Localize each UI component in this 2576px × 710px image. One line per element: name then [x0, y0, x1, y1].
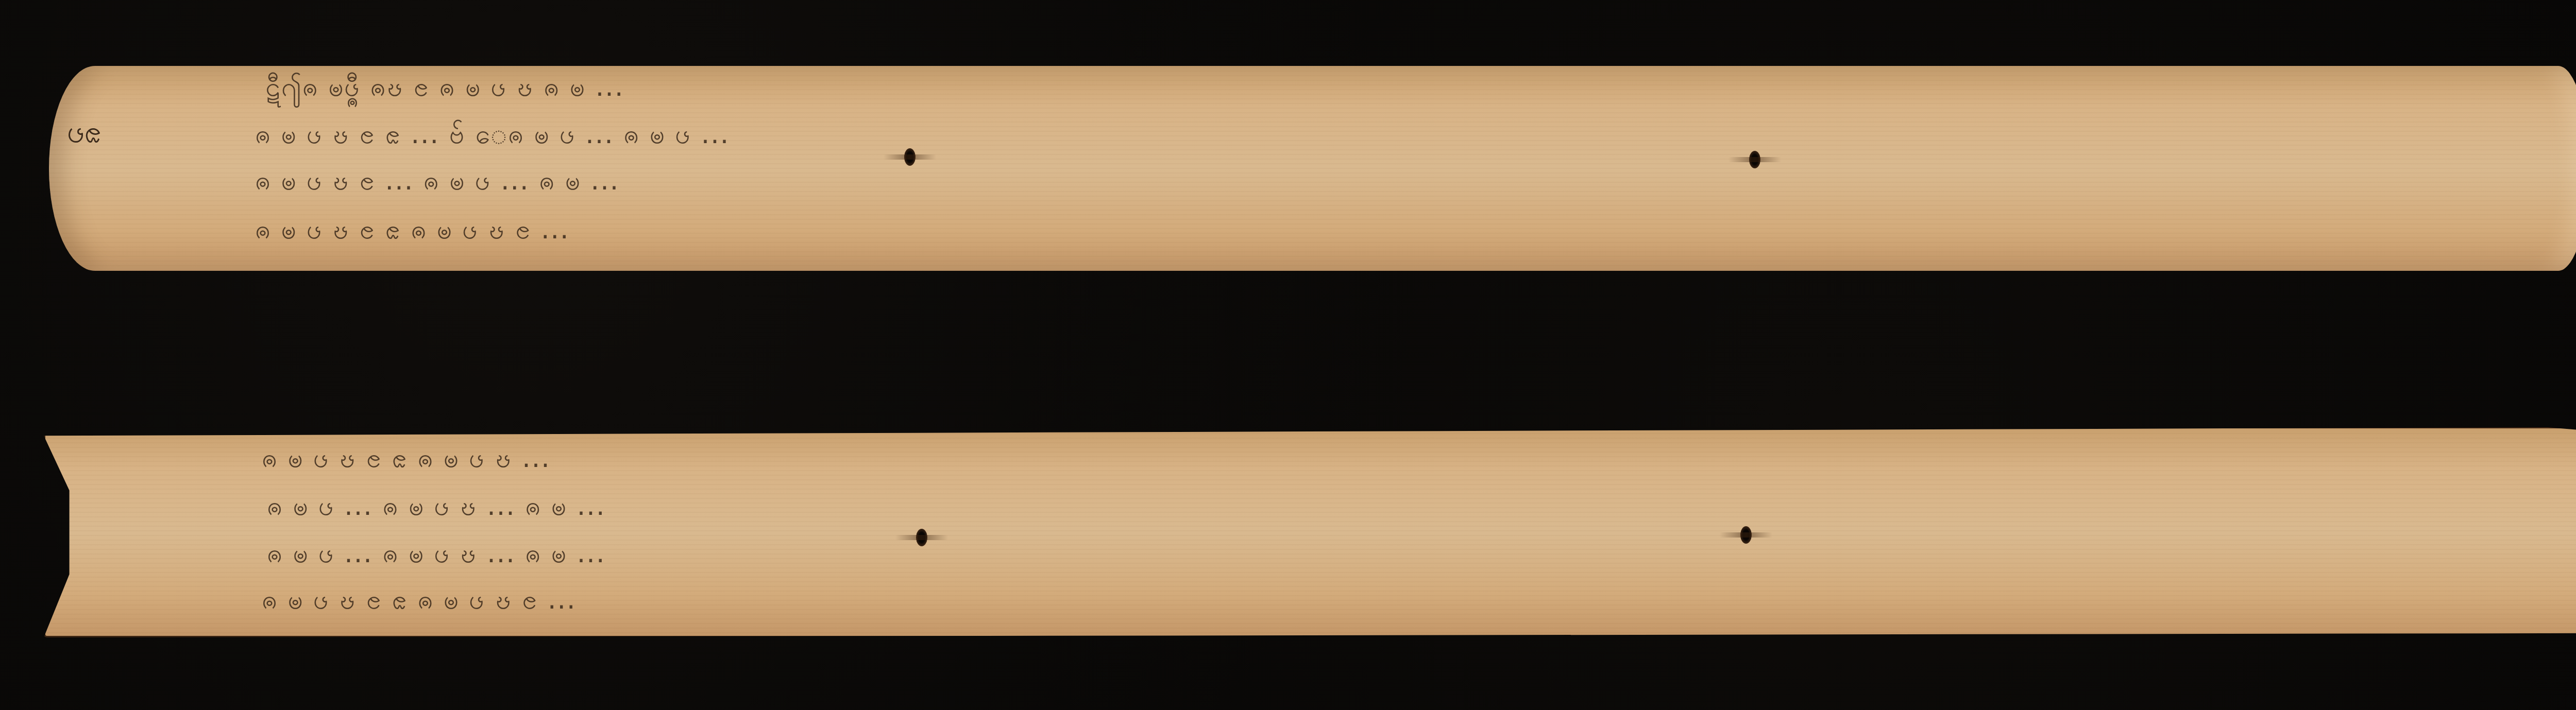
text-line: ၐ ၑ ၒ ၓ ၔ ၕ ... ဗ် ေၐ ၑ ၒ ... ၐ ၑ ၒ ... [255, 117, 730, 157]
text-line: ၐ ၑ ၒ ၓ ၔ ၕ ၐ ၑ ၒ ၓ ၔ ... [262, 583, 577, 622]
text-line: ၐ ၑ ၒ ၓ ၔ ၕ ၐ ၑ ၒ ၓ ၔ ... [255, 213, 570, 252]
text-line: ဋီ႟ၐ ၑၒ္ၐီ ၐၓ ၔ ၐ ၑ ၒ ၓ ၐ ၑ ... [265, 70, 624, 109]
palm-leaf-top: ၒၕ ဋီ႟ၐ ၑၒ္ၐီ ၐၓ ၔ ၐ ၑ ၒ ၓ ၐ ၑ ... ၐ ၑ ၒ… [49, 66, 2576, 271]
binding-hole [916, 529, 927, 546]
binding-hole [1749, 151, 1760, 168]
text-line: ၐ ၑ ၒ ... ၐ ၑ ၒ ၓ ... ၐ ၑ ... [267, 536, 605, 576]
manuscript-text-top: ဋီ႟ၐ ၑၒ္ၐီ ၐၓ ၔ ၐ ၑ ၒ ၓ ၐ ၑ ... ၐ ၑ ၒ ၓ … [49, 66, 2576, 271]
binding-hole [904, 148, 916, 166]
manuscript-text-bottom: ၐ ၑ ၒ ၓ ၔ ၕ ၐ ၑ ၒ ၓ ... ၐ ၑ ၒ ... ၐ ၑ ၒ … [45, 428, 2576, 636]
text-line: ၐ ၑ ၒ ၓ ၔ ... ၐ ၑ ၒ ... ၐ ၑ ... [255, 164, 619, 203]
text-line: ၐ ၑ ၒ ... ၐ ၑ ၒ ၓ ... ၐ ၑ ... [267, 489, 605, 528]
text-line: ၐ ၑ ၒ ၓ ၔ ၕ ၐ ၑ ၒ ၓ ... [262, 441, 551, 480]
binding-hole [1740, 526, 1752, 544]
palm-leaf-bottom: ၐ ၑ ၒ ၓ ၔ ၕ ၐ ၑ ၒ ၓ ... ၐ ၑ ၒ ... ၐ ၑ ၒ … [44, 427, 2576, 637]
